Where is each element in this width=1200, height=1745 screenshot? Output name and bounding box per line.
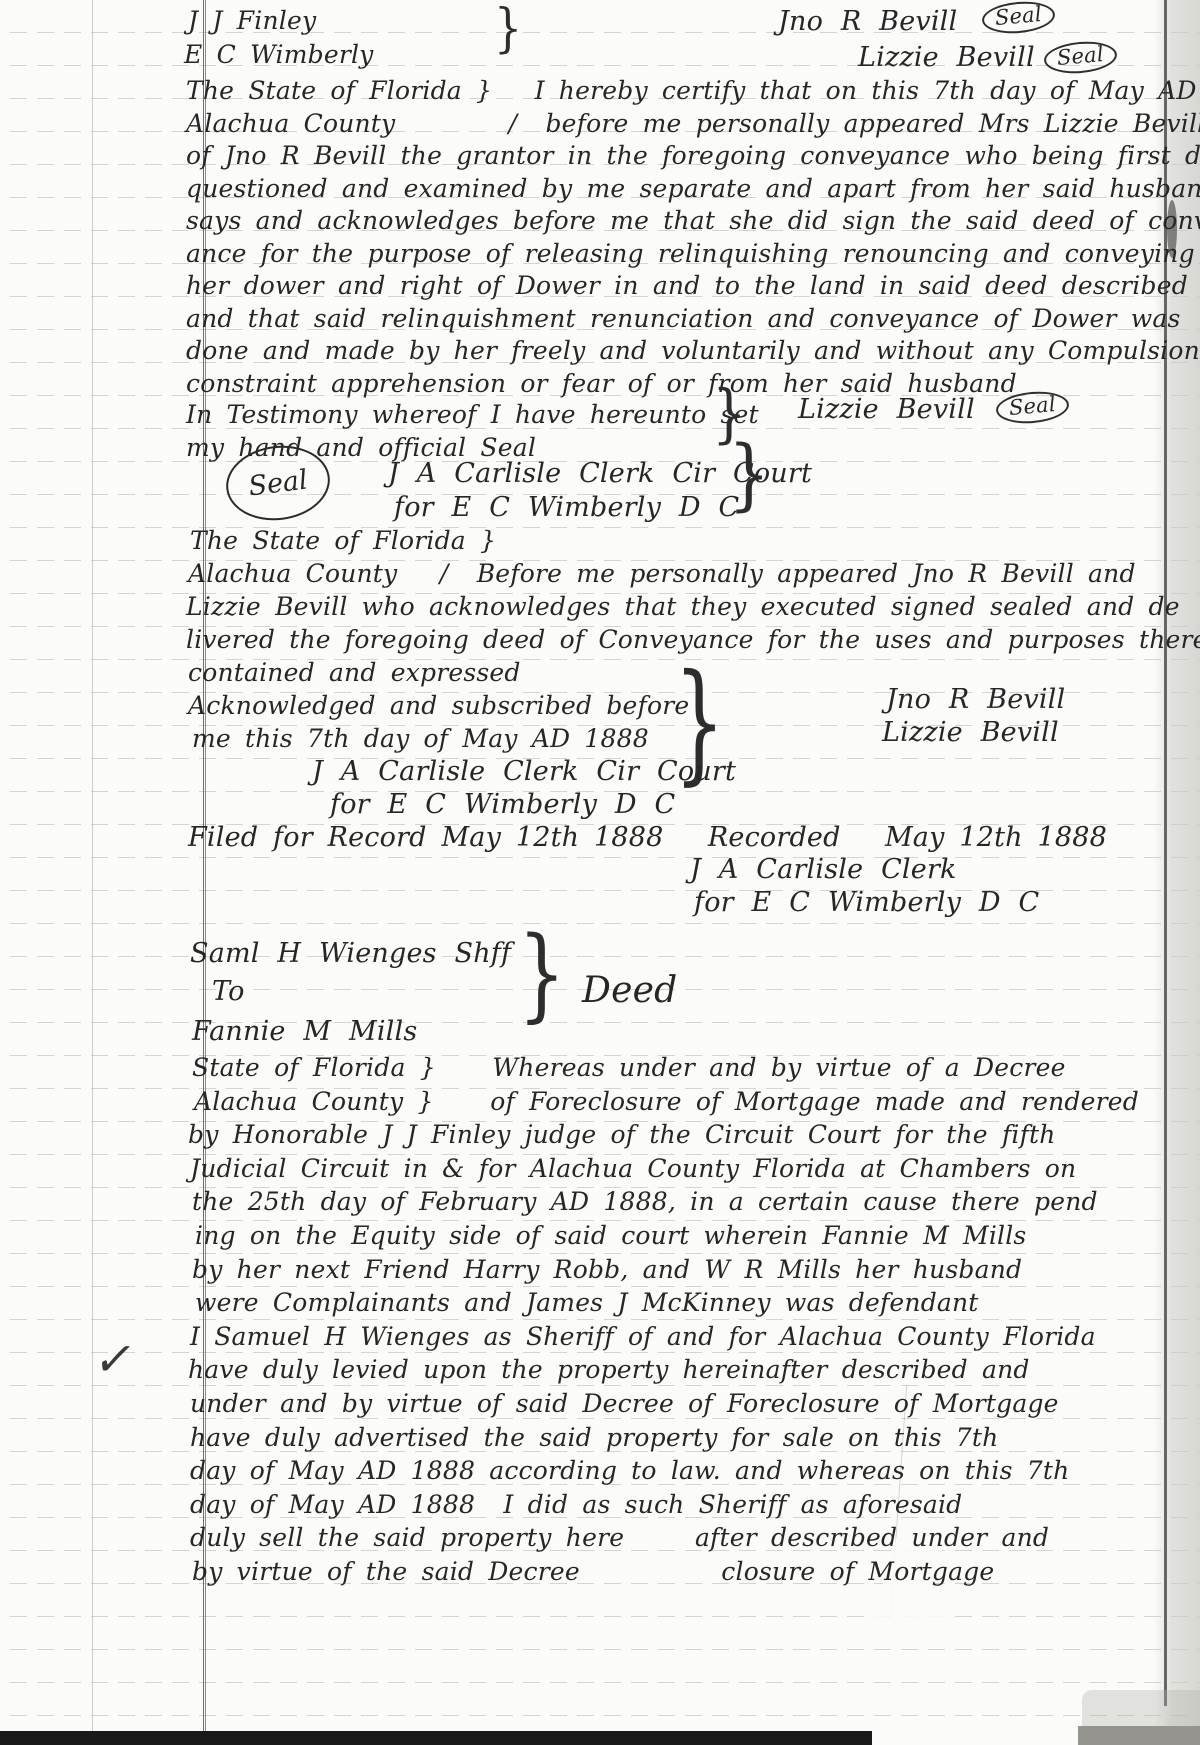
handwritten-line: contained and expressed: [188, 660, 521, 686]
signature-lizzie-bevill: Lizzie Bevill: [798, 396, 975, 424]
acknowledgment-line: me this 7th day of May AD 1888: [192, 726, 649, 752]
handwritten-line: Alachua County / before me personally ap…: [186, 111, 1200, 137]
to-label: To: [212, 978, 245, 1006]
grantor-name: Saml H Wienges Shff: [190, 940, 511, 968]
signature-jno-r-bevill: Jno R Bevill: [886, 686, 1065, 714]
handwritten-line: done and made by her freely and voluntar…: [186, 338, 1200, 364]
handwritten-line: the 25th day of February AD 1888, in a c…: [192, 1189, 1098, 1215]
handwritten-line: Judicial Circuit in & for Alachua County…: [190, 1156, 1076, 1182]
handwritten-line: Lizzie Bevill who acknowledges that they…: [186, 594, 1180, 620]
handwritten-line: Alachua County / Before me personally ap…: [188, 561, 1136, 587]
signature-deputy-wimberly: for E C Wimberly D C: [330, 791, 675, 819]
torn-corner-shadow: [1082, 1690, 1200, 1726]
handwritten-line: State of Florida } Whereas under and by …: [192, 1055, 1066, 1081]
handwritten-line: have duly levied upon the property herei…: [188, 1357, 1030, 1383]
handwritten-line: The State of Florida } I hereby certify …: [186, 78, 1200, 104]
handwritten-line: by Honorable J J Finley judge of the Cir…: [188, 1122, 1056, 1148]
deed-book-page: J J Finley E C Wimberly } Jno R Bevill S…: [0, 0, 1200, 1745]
seal-badge: Seal: [996, 392, 1069, 423]
seal-text: Seal: [995, 389, 1070, 426]
grantee-name: Fannie M Mills: [192, 1018, 417, 1046]
handwritten-line: and that said relinquishment renunciatio…: [186, 306, 1181, 332]
signature-lizzie-bevill: Lizzie Bevill: [882, 719, 1059, 747]
seal-badge: Seal: [1044, 42, 1117, 73]
handwritten-line: have duly advertised the said property f…: [190, 1425, 998, 1451]
margin-checkmark: ✓: [90, 1332, 140, 1386]
filing-record-line: Filed for Record May 12th 1888 Recorded …: [188, 824, 1107, 852]
acknowledgment-line: Acknowledged and subscribed before: [188, 693, 689, 719]
handwritten-line: The State of Florida }: [190, 528, 496, 554]
handwritten-line: ance for the purpose of releasing relinq…: [186, 241, 1195, 267]
handwritten-line: questioned and examined by me separate a…: [186, 176, 1200, 202]
handwritten-line: ing on the Equity side of said court whe…: [195, 1223, 1026, 1249]
brace-clerk1: }: [728, 440, 770, 510]
handwritten-line: I Samuel H Wienges as Sheriff of and for…: [190, 1324, 1096, 1350]
margin-name-wimberly: E C Wimberly: [184, 42, 374, 68]
signature-clerk-carlisle: J A Carlisle Clerk: [690, 856, 957, 884]
scan-bottom-band-torn: [1078, 1726, 1200, 1745]
handwritten-line: says and acknowledges before me that she…: [186, 208, 1200, 234]
handwritten-line: day of May AD 1888 according to law. and…: [190, 1458, 1069, 1484]
margin-rule-faint: [92, 0, 93, 1745]
seal-text: Seal: [1043, 39, 1118, 76]
brace-deed-header: }: [518, 928, 566, 1019]
signature-deputy-wimberly: for E C Wimberly D C: [394, 494, 739, 522]
signature-lizzie-bevill: Lizzie Bevill: [858, 44, 1035, 72]
signature-deputy-wimberly: for E C Wimberly D C: [694, 889, 1039, 917]
handwritten-line: by her next Friend Harry Robb, and W R M…: [192, 1257, 1022, 1283]
signature-clerk-carlisle: J A Carlisle Clerk Cir Court: [312, 758, 736, 786]
handwritten-line: Alachua County } of Foreclosure of Mortg…: [194, 1089, 1139, 1115]
brace-top: }: [494, 6, 522, 53]
handwritten-line: In Testimony whereof I have hereunto set: [186, 402, 759, 428]
margin-name-finley: J J Finley: [188, 8, 316, 34]
seal-badge: Seal: [982, 2, 1055, 33]
handwritten-line: day of May AD 1888 I did as such Sheriff…: [190, 1492, 962, 1518]
handwritten-line: her dower and right of Dower in and to t…: [186, 273, 1188, 299]
handwritten-line: of Jno R Bevill the grantor in the foreg…: [186, 143, 1200, 169]
seal-text: Seal: [981, 0, 1056, 36]
handwritten-line: by virtue of the said Decree closure of …: [192, 1559, 994, 1585]
instrument-title: Deed: [582, 972, 677, 1010]
handwritten-line: duly sell the said property here after d…: [190, 1525, 1049, 1551]
signature-jno-r-bevill: Jno R Bevill: [778, 8, 957, 36]
scan-bottom-band: [0, 1731, 872, 1745]
seal-text: Seal: [247, 464, 310, 502]
handwritten-line: under and by virtue of said Decree of Fo…: [190, 1391, 1059, 1417]
handwritten-line: were Complainants and James J McKinney w…: [195, 1290, 979, 1316]
